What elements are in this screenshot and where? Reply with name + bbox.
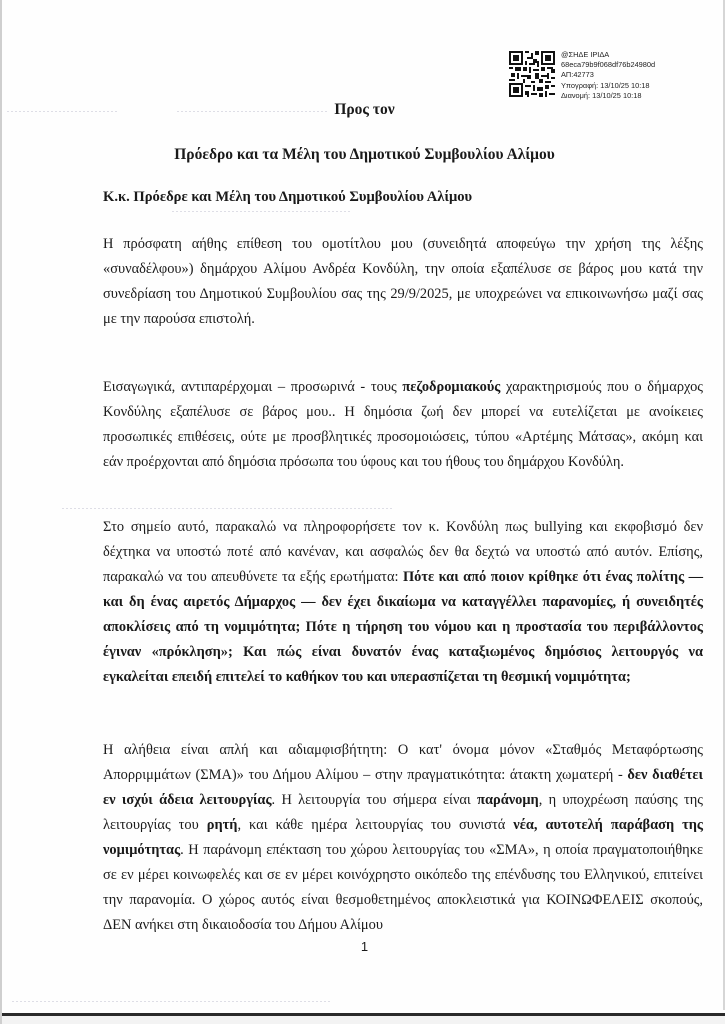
paragraph-3: Στο σημείο αυτό, παρακαλώ να πληροφορήσε… <box>103 515 703 690</box>
text-run: Η αλήθεια είναι απλή και αδιαμφισβήτητη:… <box>103 742 703 783</box>
scan-artifact <box>12 1001 332 1002</box>
paragraph-4: Η αλήθεια είναι απλή και αδιαμφισβήτητη:… <box>103 738 703 938</box>
paragraph-2: Εισαγωγικά, αντιπαρέρχομαι – προσωρινά -… <box>103 375 703 475</box>
addressee-line: Προς τον <box>2 101 725 119</box>
scanned-document-page: @ΣΗΔΕ ΙΡΙΔΑ 68eca79b9f068df76b24980d ΑΠ:… <box>0 0 725 1024</box>
text-run: . Η παράνομη επέκταση του χώρου λειτουργ… <box>103 842 703 933</box>
stamp-text: @ΣΗΔΕ ΙΡΙΔΑ 68eca79b9f068df76b24980d ΑΠ:… <box>561 50 655 101</box>
stamp-hash: 68eca79b9f068df76b24980d <box>561 60 655 70</box>
stamp-distribution-date: Διανομή: 13/10/25 10:18 <box>561 91 655 101</box>
scan-margin <box>2 1016 725 1024</box>
paragraph-1: Η πρόσφατη αήθης επίθεση του ομοτίτλου μ… <box>103 232 703 332</box>
bold-text-run: πεζοδρομιακούς <box>402 379 500 395</box>
qr-code-icon <box>509 51 555 97</box>
text-run: . Η λειτουργία του σήμερα είναι <box>272 792 478 808</box>
text-run: Η πρόσφατη αήθης επίθεση του ομοτίτλου μ… <box>103 236 703 327</box>
page-number: 1 <box>2 939 725 954</box>
scan-artifact <box>172 211 352 212</box>
bold-text-run: ρητή <box>207 817 238 833</box>
addressee-recipient: Πρόεδρο και τα Μέλη του Δημοτικού Συμβου… <box>2 146 725 164</box>
stamp-signature-date: Υπογραφή: 13/10/25 10:18 <box>561 81 655 91</box>
stamp-system: @ΣΗΔΕ ΙΡΙΔΑ <box>561 50 655 60</box>
bold-text-run: Πότε και από ποιον κρίθηκε ότι ένας πολί… <box>103 569 703 685</box>
scan-artifact <box>62 508 392 509</box>
salutation: Κ.κ. Πρόεδρε και Μέλη του Δημοτικού Συμβ… <box>103 189 472 206</box>
registry-stamp: @ΣΗΔΕ ΙΡΙΔΑ 68eca79b9f068df76b24980d ΑΠ:… <box>509 51 655 101</box>
text-run: , και κάθε ημέρα λειτουργίας του συνιστά <box>237 817 513 833</box>
bold-text-run: παράνομη <box>477 792 539 808</box>
text-run: Εισαγωγικά, αντιπαρέρχομαι – προσωρινά -… <box>103 379 402 395</box>
stamp-protocol-number: ΑΠ:42773 <box>561 70 655 80</box>
